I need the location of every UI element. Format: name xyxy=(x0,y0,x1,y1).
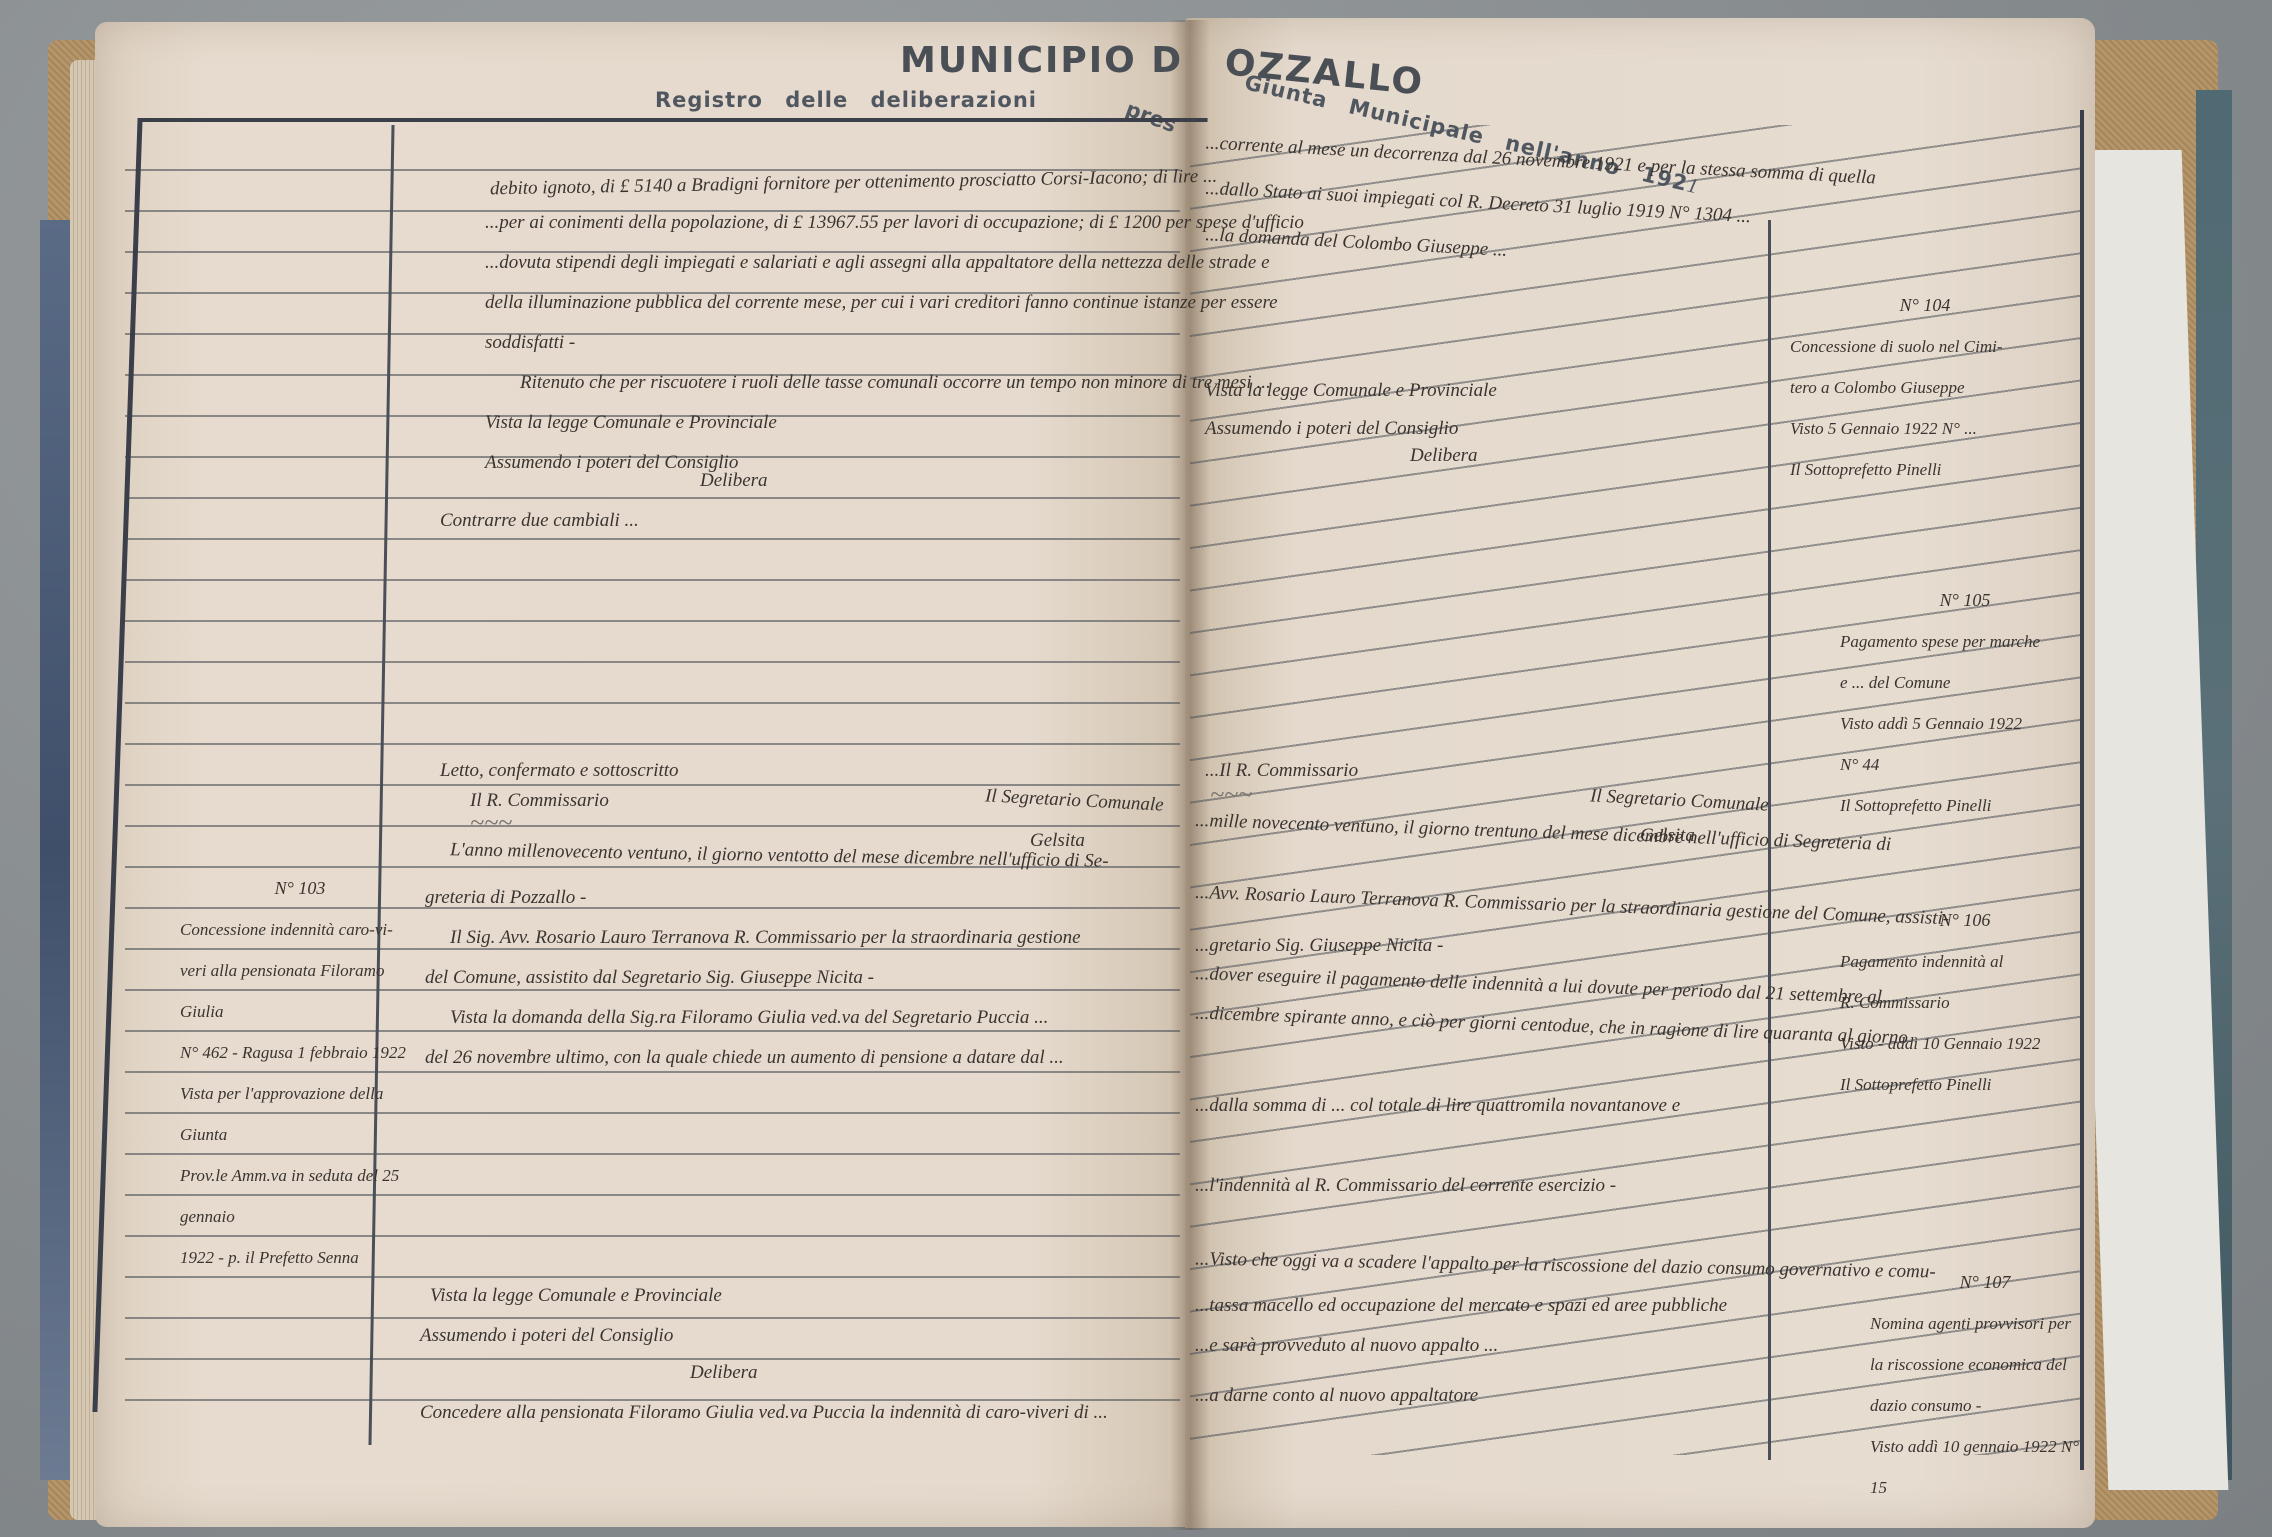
note-line: Il Sottoprefetto Pinelli xyxy=(1790,449,2060,490)
margin-note-107: N° 107 Nomina agenti provvisori per la r… xyxy=(1870,1262,2100,1508)
note-line: Visto addì 10 gennaio 1922 N° 15 xyxy=(1870,1426,2100,1508)
text-line: Vista la domanda della Sig.ra Filoramo G… xyxy=(450,1007,1048,1029)
note-line: Pagamento spese per marche xyxy=(1840,621,2090,662)
note-line: Visto - addì 10 Gennaio 1922 xyxy=(1840,1023,2090,1064)
text-line: della illuminazione pubblica del corrent… xyxy=(485,292,1278,314)
note-line: e ... del Comune xyxy=(1840,662,2090,703)
text-line: ...tassa macello ed occupazione del merc… xyxy=(1195,1295,1727,1317)
note-line: N° 44 xyxy=(1840,744,2090,785)
note-line: R. Commissario xyxy=(1840,982,2090,1023)
text-line: Il Sig. Avv. Rosario Lauro Terranova R. … xyxy=(450,927,1081,949)
note-line: N° 462 - Ragusa 1 febbraio 1922 xyxy=(180,1032,420,1073)
text-line-heading: Delibera xyxy=(690,1362,758,1384)
note-line: Visto addì 5 Gennaio 1922 xyxy=(1840,703,2090,744)
text-line: Vista la legge Comunale e Provinciale xyxy=(1205,380,1497,402)
note-line: dazio consumo - xyxy=(1870,1385,2100,1426)
note-line: Prov.le Amm.va in seduta del 25 gennaio xyxy=(180,1155,420,1237)
note-line: tero a Colombo Giuseppe xyxy=(1790,367,2060,408)
entry-number: N° 103 xyxy=(180,868,420,909)
note-line: Vista per l'approvazione della Giunta xyxy=(180,1073,420,1155)
note-line: Concessione indennità caro-vi- xyxy=(180,909,420,950)
header-title-left: MUNICIPIO D xyxy=(900,40,1183,81)
text-line: Letto, confermato e sottoscritto xyxy=(440,760,679,782)
note-line: Il Sottoprefetto Pinelli xyxy=(1840,1064,2090,1105)
entry-number: N° 106 xyxy=(1840,900,2090,941)
margin-note-106: N° 106 Pagamento indennità al R. Commiss… xyxy=(1840,900,2090,1105)
text-line: soddisfatti - xyxy=(485,332,575,354)
margin-note-104: N° 104 Concessione di suolo nel Cimi- te… xyxy=(1790,285,2060,490)
note-line: Visto 5 Gennaio 1922 N° ... xyxy=(1790,408,2060,449)
text-line: del Comune, assistito dal Segretario Sig… xyxy=(425,967,874,989)
entry-number: N° 104 xyxy=(1790,285,2060,326)
text-line: Assumendo i poteri del Consiglio xyxy=(1205,418,1458,440)
note-line: Il Sottoprefetto Pinelli xyxy=(1840,785,2090,826)
signature-scrawl: ~~~ xyxy=(470,808,512,838)
note-line: la riscossione economica del xyxy=(1870,1344,2100,1385)
text-line: Vista la legge Comunale e Provinciale xyxy=(430,1285,722,1307)
note-line: Nomina agenti provvisori per xyxy=(1870,1303,2100,1344)
text-line: ...dovuta stipendi degli impiegati e sal… xyxy=(485,252,1270,274)
margin-note-103: N° 103 Concessione indennità caro-vi- ve… xyxy=(180,868,420,1278)
text-line-heading: Delibera xyxy=(700,470,768,492)
entry-number: N° 107 xyxy=(1870,1262,2100,1303)
text-line: ...gretario Sig. Giuseppe Nicita - xyxy=(1195,935,1443,957)
margin-note-105: N° 105 Pagamento spese per marche e ... … xyxy=(1840,580,2090,826)
note-line: Pagamento indennità al xyxy=(1840,941,2090,982)
signature-scrawl: ~~~ xyxy=(1210,780,1252,810)
text-line: ...l'indennità al R. Commissario del cor… xyxy=(1195,1175,1616,1197)
note-line: Giulia xyxy=(180,991,420,1032)
text-line: Concedere alla pensionata Filoramo Giuli… xyxy=(420,1402,1108,1424)
text-line: Ritenuto che per riscuotere i ruoli dell… xyxy=(520,372,1271,394)
entry-number: N° 105 xyxy=(1840,580,2090,621)
note-line: veri alla pensionata Filoramo xyxy=(180,950,420,991)
text-line: Assumendo i poteri del Consiglio xyxy=(420,1325,673,1347)
note-line: 1922 - p. il Prefetto Senna xyxy=(180,1237,420,1278)
text-line: del 26 novembre ultimo, con la quale chi… xyxy=(425,1047,1064,1069)
text-line: ...dalla somma di ... col totale di lire… xyxy=(1195,1095,1680,1117)
text-line: ...e sarà provveduto al nuovo appalto ..… xyxy=(1195,1335,1498,1357)
text-line: greteria di Pozzallo - xyxy=(425,887,586,909)
text-line: Vista la legge Comunale e Provinciale xyxy=(485,412,777,434)
text-line: ...per ai conimenti della popolazione, d… xyxy=(485,212,1304,234)
note-line: Concessione di suolo nel Cimi- xyxy=(1790,326,2060,367)
header-subtitle-left: Registro delle deliberazioni xyxy=(655,88,1037,112)
text-line: Contrarre due cambiali ... xyxy=(440,510,639,532)
cover-marbled-edge-left xyxy=(40,220,70,1480)
text-line: ...a darne conto al nuovo appaltatore xyxy=(1195,1385,1478,1407)
text-line-heading: Delibera xyxy=(1410,445,1478,467)
signature-label: ...Il R. Commissario xyxy=(1205,760,1358,782)
